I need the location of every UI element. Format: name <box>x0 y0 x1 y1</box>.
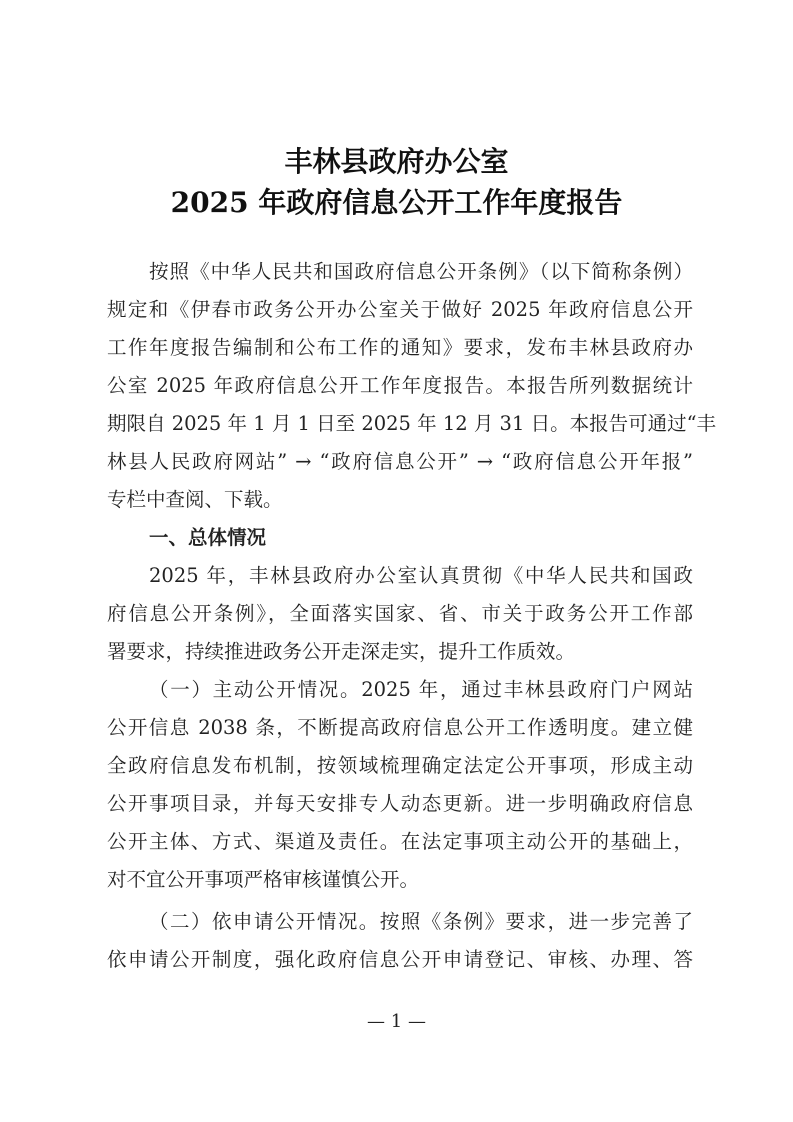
paragraph-line: （二）依申请公开情况。按照《条例》要求，进一步完善了 <box>107 903 693 941</box>
paragraph-line: 2025 年，丰林县政府办公室认真贯彻《中华人民共和国政 <box>107 557 693 595</box>
paragraph-line: 依申请公开制度，强化政府信息公开申请登记、审核、办理、答 <box>107 941 693 979</box>
paragraph-line: 署要求，持续推进政务公开走深走实，提升工作质效。 <box>107 633 693 671</box>
paragraph-line: 专栏中查阅、下载。 <box>107 481 693 519</box>
document-title-line-1: 丰林县政府办公室 <box>0 140 793 180</box>
paragraph-line: 林县人民政府网站” → “政府信息公开” → “政府信息公开年报” <box>107 443 693 481</box>
paragraph-line: 公开事项目录，并每天安排专人动态更新。进一步明确政府信息 <box>107 785 693 823</box>
paragraph-line: 对不宜公开事项严格审核谨慎公开。 <box>107 861 693 899</box>
paragraph-line: 规定和《伊春市政务公开办公室关于做好 2025 年政府信息公开 <box>107 291 693 329</box>
paragraph-line: 公开主体、方式、渠道及责任。在法定事项主动公开的基础上， <box>107 823 693 861</box>
paragraph-line: 全政府信息发布机制，按领域梳理确定法定公开事项，形成主动 <box>107 747 693 785</box>
paragraph-line: 公室 2025 年政府信息公开工作年度报告。本报告所列数据统计 <box>107 367 693 405</box>
paragraph-line: 公开信息 2038 条，不断提高政府信息公开工作透明度。建立健 <box>107 709 693 747</box>
section-heading: 一、总体情况 <box>107 519 693 557</box>
paragraph-line: 工作年度报告编制和公布工作的通知》要求，发布丰林县政府办 <box>107 329 693 367</box>
paragraph-line: 府信息公开条例》，全面落实国家、省、市关于政务公开工作部 <box>107 595 693 633</box>
page-number: — 1 — <box>0 1011 793 1032</box>
paragraph-line: （一）主动公开情况。2025 年，通过丰林县政府门户网站 <box>107 671 693 709</box>
paragraph-line: 期限自 2025 年 1 月 1 日至 2025 年 12 月 31 日。本报告… <box>107 405 693 443</box>
document-title-line-2: 2025 年政府信息公开工作年度报告 <box>0 181 793 221</box>
paragraph-line: 按照《中华人民共和国政府信息公开条例》（以下简称条例） <box>107 253 693 291</box>
